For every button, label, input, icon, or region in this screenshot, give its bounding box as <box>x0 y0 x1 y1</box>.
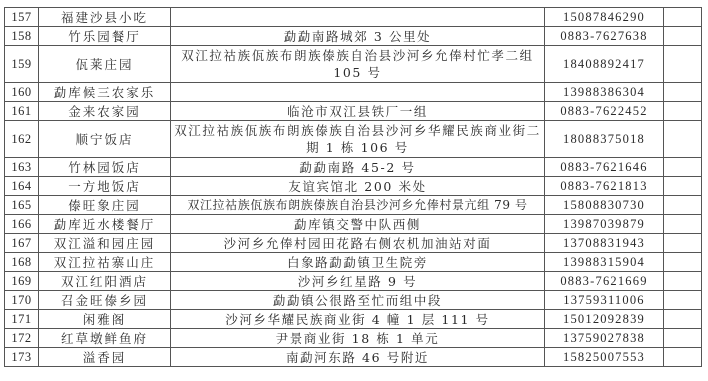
table-row: 171 闲雅阁 沙河乡华耀民族商业街 4 幢 1 层 111 号 1501209… <box>5 310 702 329</box>
address <box>171 8 545 27</box>
row-number: 158 <box>5 27 39 46</box>
phone: 13759311006 <box>545 291 664 310</box>
note <box>664 310 702 329</box>
note <box>664 215 702 234</box>
note <box>664 234 702 253</box>
note <box>664 177 702 196</box>
address: 双江拉祜族佤族布朗族傣族自治县沙河乡允俸村忙孝二组 105 号 <box>171 46 545 83</box>
phone: 15808830730 <box>545 196 664 215</box>
restaurant-name: 双江红阳酒店 <box>39 272 171 291</box>
table-row: 162 顺宁饭店 双江拉祜族佤族布朗族傣族自治县沙河乡华耀民族商业街二期 1 栋… <box>5 121 702 158</box>
note <box>664 272 702 291</box>
row-number: 173 <box>5 348 39 367</box>
table-row: 164 一方地饭店 友谊宾馆北 200 米处 0883-7621813 <box>5 177 702 196</box>
table-row: 158 竹乐园餐厅 勐勐南路城郊 3 公里处 0883-7627638 <box>5 27 702 46</box>
phone: 0883-7622452 <box>545 102 664 121</box>
address <box>171 83 545 102</box>
phone: 15012092839 <box>545 310 664 329</box>
note <box>664 291 702 310</box>
address: 友谊宾馆北 200 米处 <box>171 177 545 196</box>
table-row: 161 金来农家园 临沧市双江县铁厂一组 0883-7622452 <box>5 102 702 121</box>
note <box>664 102 702 121</box>
phone: 0883-7627638 <box>545 27 664 46</box>
restaurant-name: 傣旺象庄园 <box>39 196 171 215</box>
row-number: 162 <box>5 121 39 158</box>
row-number: 160 <box>5 83 39 102</box>
phone: 18088375018 <box>545 121 664 158</box>
address: 勐勐南路城郊 3 公里处 <box>171 27 545 46</box>
address: 沙河乡华耀民族商业街 4 幢 1 层 111 号 <box>171 310 545 329</box>
address: 沙河乡允俸村园田花路右侧农机加油站对面 <box>171 234 545 253</box>
row-number: 164 <box>5 177 39 196</box>
address: 临沧市双江县铁厂一组 <box>171 102 545 121</box>
restaurant-name: 金来农家园 <box>39 102 171 121</box>
phone: 13759027838 <box>545 329 664 348</box>
restaurant-name: 溢香园 <box>39 348 171 367</box>
note <box>664 329 702 348</box>
note <box>664 158 702 177</box>
note <box>664 8 702 27</box>
note <box>664 27 702 46</box>
table-row: 160 勐库候三农家乐 13988386304 <box>5 83 702 102</box>
phone: 15087846290 <box>545 8 664 27</box>
restaurant-name: 勐库候三农家乐 <box>39 83 171 102</box>
address: 双江拉祜族佤族布朗族傣族自治县沙河乡允俸村景亢组 79 号 <box>171 196 545 215</box>
table-row: 163 竹林园饭店 勐勐南路 45-2 号 0883-7621646 <box>5 158 702 177</box>
row-number: 159 <box>5 46 39 83</box>
note <box>664 46 702 83</box>
restaurant-name: 双江溢和园庄园 <box>39 234 171 253</box>
row-number: 168 <box>5 253 39 272</box>
address: 双江拉祜族佤族布朗族傣族自治县沙河乡华耀民族商业街二期 1 栋 106 号 <box>171 121 545 158</box>
restaurant-directory-table: 157 福建沙县小吃 15087846290 158 竹乐园餐厅 勐勐南路城郊 … <box>4 7 702 367</box>
table-row: 167 双江溢和园庄园 沙河乡允俸村园田花路右侧农机加油站对面 13708831… <box>5 234 702 253</box>
restaurant-name: 顺宁饭店 <box>39 121 171 158</box>
table-row: 157 福建沙县小吃 15087846290 <box>5 8 702 27</box>
address: 勐库镇交警中队西侧 <box>171 215 545 234</box>
table-row: 169 双江红阳酒店 沙河乡红星路 9 号 0883-7621669 <box>5 272 702 291</box>
row-number: 161 <box>5 102 39 121</box>
restaurant-name: 双江拉祜寨山庄 <box>39 253 171 272</box>
row-number: 165 <box>5 196 39 215</box>
table-row: 170 召金旺傣乡园 勐勐镇公很路至忙而组中段 13759311006 <box>5 291 702 310</box>
note <box>664 83 702 102</box>
table-row: 173 溢香园 南勐河东路 46 号附近 15825007553 <box>5 348 702 367</box>
restaurant-name: 一方地饭店 <box>39 177 171 196</box>
phone: 13987039879 <box>545 215 664 234</box>
row-number: 166 <box>5 215 39 234</box>
address: 勐勐镇公很路至忙而组中段 <box>171 291 545 310</box>
row-number: 171 <box>5 310 39 329</box>
row-number: 169 <box>5 272 39 291</box>
note <box>664 196 702 215</box>
table-row: 165 傣旺象庄园 双江拉祜族佤族布朗族傣族自治县沙河乡允俸村景亢组 79 号 … <box>5 196 702 215</box>
row-number: 170 <box>5 291 39 310</box>
address: 沙河乡红星路 9 号 <box>171 272 545 291</box>
address: 尹景商业街 18 栋 1 单元 <box>171 329 545 348</box>
phone: 13708831943 <box>545 234 664 253</box>
table-row: 172 红草墩鲜鱼府 尹景商业街 18 栋 1 单元 13759027838 <box>5 329 702 348</box>
row-number: 172 <box>5 329 39 348</box>
address: 白象路勐勐镇卫生院旁 <box>171 253 545 272</box>
table-row: 168 双江拉祜寨山庄 白象路勐勐镇卫生院旁 13988315904 <box>5 253 702 272</box>
address: 南勐河东路 46 号附近 <box>171 348 545 367</box>
table-row: 166 勐库近水楼餐厅 勐库镇交警中队西侧 13987039879 <box>5 215 702 234</box>
note <box>664 348 702 367</box>
row-number: 167 <box>5 234 39 253</box>
phone: 18408892417 <box>545 46 664 83</box>
phone: 13988315904 <box>545 253 664 272</box>
phone: 0883-7621669 <box>545 272 664 291</box>
row-number: 163 <box>5 158 39 177</box>
row-number: 157 <box>5 8 39 27</box>
table-row: 159 佤莱庄园 双江拉祜族佤族布朗族傣族自治县沙河乡允俸村忙孝二组 105 号… <box>5 46 702 83</box>
restaurant-name: 勐库近水楼餐厅 <box>39 215 171 234</box>
address: 勐勐南路 45-2 号 <box>171 158 545 177</box>
restaurant-name: 竹林园饭店 <box>39 158 171 177</box>
phone: 0883-7621813 <box>545 177 664 196</box>
restaurant-name: 福建沙县小吃 <box>39 8 171 27</box>
phone: 0883-7621646 <box>545 158 664 177</box>
restaurant-name: 佤莱庄园 <box>39 46 171 83</box>
restaurant-name: 召金旺傣乡园 <box>39 291 171 310</box>
restaurant-name: 闲雅阁 <box>39 310 171 329</box>
restaurant-name: 竹乐园餐厅 <box>39 27 171 46</box>
phone: 15825007553 <box>545 348 664 367</box>
restaurant-name: 红草墩鲜鱼府 <box>39 329 171 348</box>
note <box>664 253 702 272</box>
phone: 13988386304 <box>545 83 664 102</box>
note <box>664 121 702 158</box>
